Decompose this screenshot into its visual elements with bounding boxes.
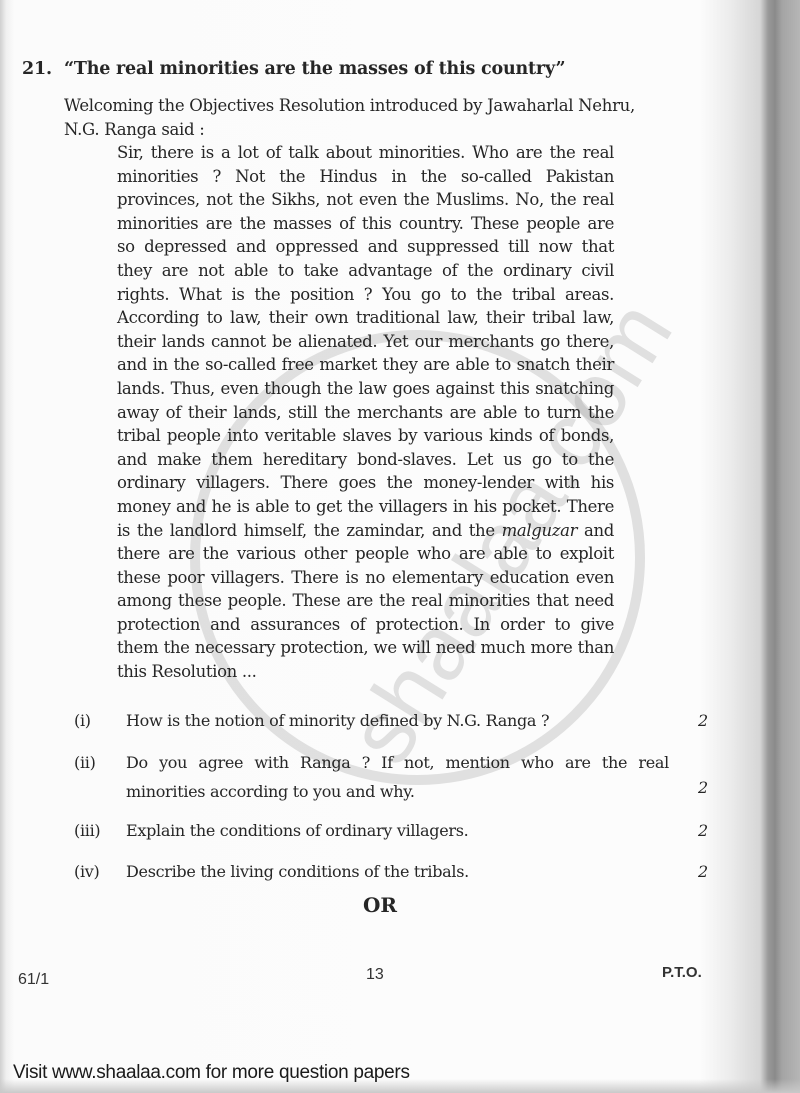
quote-line: and make them hereditary bond-slaves. Le…	[117, 448, 614, 472]
sub-question-text: Do you agree with Ranga ? If not, mentio…	[126, 748, 669, 778]
quote-line-head: is the landlord himself, the zamindar, a…	[117, 521, 502, 540]
quote-line: protection and assurances of protection.…	[117, 613, 614, 637]
quote-line: money and he is able to get the villager…	[117, 495, 614, 519]
quote-line: rights. What is the position ? You go to…	[117, 283, 614, 307]
quote-line: ordinary villagers. There goes the money…	[117, 471, 614, 495]
quote-line: and in the so-called free market they ar…	[117, 353, 614, 377]
sub-question-text: Describe the living conditions of the tr…	[126, 857, 669, 887]
quote-line: so depressed and oppressed and suppresse…	[117, 235, 614, 259]
intro-line: Welcoming the Objectives Resolution intr…	[64, 94, 688, 118]
sub-question-numeral: (iii)	[74, 816, 100, 846]
question-heading: 21.“The real minorities are the masses o…	[22, 59, 565, 79]
sub-question-text-cont: minorities according to you and why.	[126, 777, 669, 807]
sub-question-numeral: (i)	[74, 706, 91, 736]
quote-line: they are not able to take advantage of t…	[117, 259, 614, 283]
quote-line-malguzar: is the landlord himself, the zamindar, a…	[117, 519, 614, 543]
quote-line: minorities ? Not the Hindus in the so-ca…	[117, 165, 614, 189]
quote-line: Sir, there is a lot of talk about minori…	[117, 141, 614, 165]
paper-code: 61/1	[18, 971, 49, 989]
or-separator: OR	[0, 893, 760, 917]
quote-line: tribal people into veritable slaves by v…	[117, 424, 614, 448]
question-number: 21.	[22, 59, 64, 79]
ranga-quote-passage: Sir, there is a lot of talk about minori…	[117, 141, 614, 684]
marks-value: 2	[698, 816, 708, 846]
quote-line: this Resolution ...	[117, 660, 614, 684]
quote-line: minorities are the masses of this countr…	[117, 212, 614, 236]
page-number: 13	[366, 966, 384, 984]
quote-line: there are the various other people who a…	[117, 542, 614, 566]
website-banner-link[interactable]: Visit www.shaalaa.com for more question …	[13, 1062, 410, 1084]
quote-line: away of their lands, still the merchants…	[117, 401, 614, 425]
question-intro: Welcoming the Objectives Resolution intr…	[64, 94, 688, 142]
quote-line: these poor villagers. There is no elemen…	[117, 566, 614, 590]
marks-value: 2	[698, 857, 708, 887]
quote-line: them the necessary protection, we will n…	[117, 636, 614, 660]
question-title: “The real minorities are the masses of t…	[64, 59, 565, 79]
quote-line-tail: and	[577, 521, 614, 540]
quote-line: According to law, their own traditional …	[117, 306, 614, 330]
sub-question-numeral: (iv)	[74, 857, 99, 887]
sub-question-text: How is the notion of minority defined by…	[126, 706, 669, 736]
italic-term-malguzar: malguzar	[502, 521, 578, 540]
quote-line: provinces, not the Sikhs, not even the M…	[117, 188, 614, 212]
sub-question-text: Explain the conditions of ordinary villa…	[126, 816, 669, 846]
marks-value: 2	[698, 706, 708, 736]
marks-value: 2	[698, 773, 708, 803]
please-turn-over: P.T.O.	[662, 964, 702, 981]
quote-line: among these people. These are the real m…	[117, 589, 614, 613]
sub-question-numeral: (ii)	[74, 748, 96, 778]
intro-line: N.G. Ranga said :	[64, 118, 688, 142]
quote-line: lands. Thus, even though the law goes ag…	[117, 377, 614, 401]
quote-line: their lands cannot be alienated. Yet our…	[117, 330, 614, 354]
